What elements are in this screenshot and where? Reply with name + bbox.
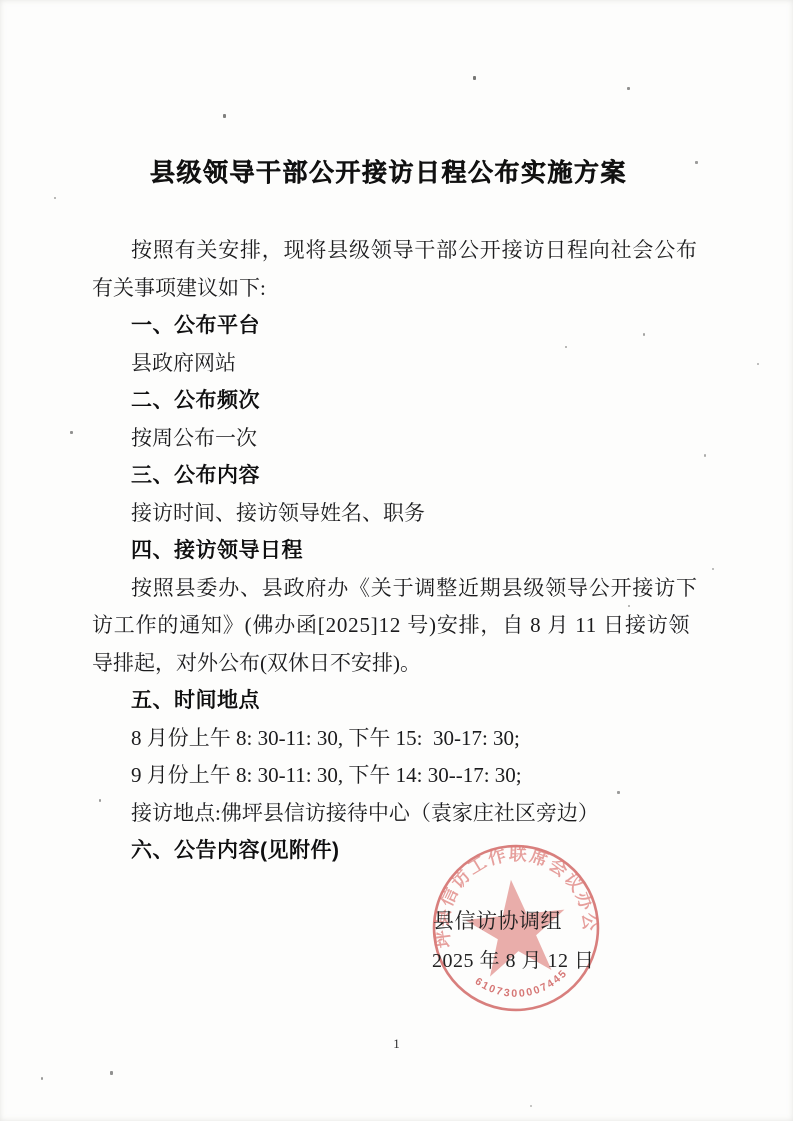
scan-speckle [712,568,714,570]
scan-speckle [628,605,630,607]
scanned-document-page: 县级领导干部公开接访日程公布实施方案 按照有关安排，现将县级领导干部公开接访日程… [0,0,793,1121]
section-heading: 一、公布平台 [0,307,793,345]
scan-speckle [530,1105,532,1107]
page-number: 1 [0,1036,793,1052]
scan-speckle [695,161,698,164]
body-line: 按照县委办、县政府办《关于调整近期县级领导公开接访下 [0,570,793,608]
body-line: 9 月份上午 8: 30-11: 30, 下午 14: 30--17: 30; [0,757,793,795]
body-line: 导排起，对外公布(双休日不安排)。 [0,645,793,683]
scan-speckle [148,437,150,439]
body-line: 按照有关安排，现将县级领导干部公开接访日程向社会公布 [0,232,793,270]
body-line: 接访时间、接访领导姓名、职务 [0,495,793,533]
signature-date: 2025 年 8 月 12 日 [432,944,595,973]
scan-speckle [70,431,73,434]
scan-speckle [110,1071,113,1075]
body-line: 接访地点:佛坪县信访接待中心（袁家庄社区旁边） [0,795,793,833]
scan-speckle [223,114,226,118]
scan-speckle [643,333,645,336]
scan-speckle [627,87,630,90]
section-heading: 六、公告内容(见附件) [0,832,793,870]
section-heading: 三、公布内容 [0,457,793,495]
scan-speckle [757,363,759,365]
section-heading: 二、公布频次 [0,382,793,420]
scan-speckle [617,791,620,794]
scan-speckle [473,76,476,80]
document-title: 县级领导干部公开接访日程公布实施方案 [0,153,785,189]
section-heading: 五、时间地点 [0,682,793,720]
body-line: 访工作的通知》(佛办函[2025]12 号)安排，自 8 月 11 日接访领 [0,607,793,645]
document-body: 按照有关安排，现将县级领导干部公开接访日程向社会公布 有关事项建议如下: 一、公… [0,232,793,870]
scan-speckle [41,1077,43,1080]
body-line: 县政府网站 [0,345,793,383]
scan-speckle [99,799,101,802]
signature-organization: 县信访协调组 [433,905,562,935]
scan-speckle [54,197,56,199]
scan-speckle [704,454,706,457]
scan-speckle [565,346,567,348]
body-line: 8 月份上午 8: 30-11: 30, 下午 15: 30-17: 30; [0,720,793,758]
section-heading: 四、接访领导日程 [0,532,793,570]
body-line: 按周公布一次 [0,420,793,458]
body-line: 有关事项建议如下: [0,270,793,308]
